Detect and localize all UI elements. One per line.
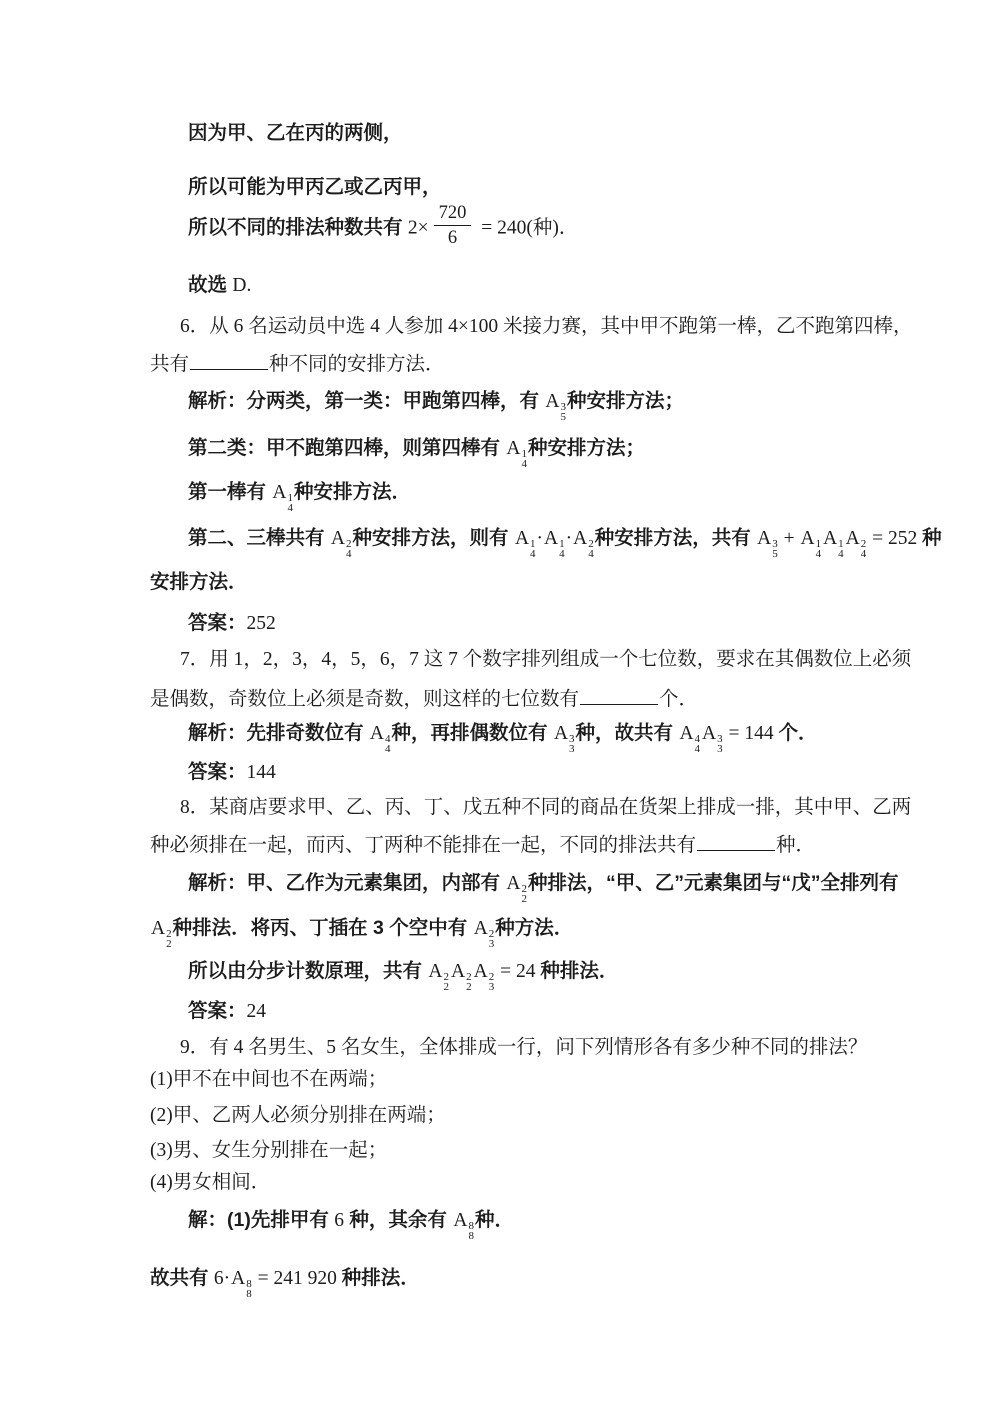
answer-blank [697, 830, 775, 851]
text-segment: 种安排方法，则有 [353, 527, 514, 549]
script-stack: 24 [588, 539, 594, 559]
permutation-letter: A [506, 438, 520, 459]
text-segment: 种不同的安排方法． [269, 354, 445, 375]
permutation-letter: A [545, 391, 559, 412]
script-stack: 14 [816, 539, 822, 559]
text-segment: (2)甲、乙两人必须分别排在两端； [150, 1105, 446, 1126]
problem-line: (1)甲不在中间也不在两端； [150, 1067, 387, 1093]
numerator: 720 [434, 203, 472, 226]
permutation-symbol: A88 [231, 1266, 252, 1299]
problem-line: 8．某商店要求甲、乙、丙、丁、戊五种不同的商品在货架上排成一排，其中甲、乙两 [180, 795, 911, 821]
script-stack: 33 [569, 734, 575, 754]
text-segment: 因为甲、乙在丙的两侧， [188, 122, 403, 144]
script-stack: 22 [166, 929, 172, 949]
math-segment: 144 [247, 762, 276, 783]
text-segment: 种安排方法． [294, 481, 411, 503]
subscript: 4 [838, 549, 844, 559]
math-segment: 6· [214, 1268, 230, 1289]
subscript: 4 [346, 549, 352, 559]
script-stack: 44 [385, 734, 391, 754]
text-segment: 6．从 6 名运动员中选 4 人参加 4×100 米接力赛，其中甲不跑第一棒，乙… [180, 316, 913, 337]
script-stack: 88 [246, 1279, 252, 1299]
permutation-letter: A [474, 961, 488, 982]
problem-line: 是偶数，奇数位上必须是奇数，则这样的七位数有个． [150, 684, 698, 713]
text-segment: 答案： [188, 612, 247, 634]
permutation-symbol: A44 [370, 721, 391, 754]
permutation-symbol: A22 [506, 871, 527, 904]
math-segment: = 240(种)． [476, 218, 578, 239]
problem-line: 9．有 4 名男生、5 名女生，全体排成一行，问下列情形各有多少种不同的排法？ [180, 1035, 867, 1061]
answer-line: 答案：24 [188, 998, 266, 1025]
text-segment: 种安排方法； [528, 437, 645, 459]
permutation-symbol: A33 [702, 721, 723, 754]
script-stack: 23 [489, 929, 495, 949]
permutation-letter: A [846, 528, 860, 549]
subscript: 2 [166, 939, 172, 949]
text-segment: 种，其余有 [344, 1209, 452, 1231]
solution-line: 解析：分两类，第一类：甲跑第四棒，有 A35种安排方法； [188, 388, 684, 422]
subscript: 5 [561, 412, 567, 422]
permutation-letter: A [544, 528, 558, 549]
script-stack: 14 [559, 539, 565, 559]
subscript: 4 [559, 549, 565, 559]
math-segment: = 252 [867, 528, 922, 549]
problem-line: (3)男、女生分别排在一起； [150, 1138, 387, 1164]
script-stack: 14 [838, 539, 844, 559]
text-segment: 解析：甲、乙作为元素集团，内部有 [188, 872, 505, 894]
math-segment: 252 [247, 613, 276, 634]
permutation-letter: A [800, 528, 814, 549]
math-segment: = 24 [495, 961, 540, 982]
permutation-symbol: A23 [474, 916, 495, 949]
solution-line: 第一棒有 A14种安排方法． [188, 479, 411, 513]
math-segment: = 144 [724, 723, 779, 744]
solution-line: 因为甲、乙在丙的两侧， [188, 120, 403, 146]
permutation-symbol: A35 [757, 526, 778, 559]
text-segment: (4)男女相间． [150, 1172, 270, 1193]
text-segment: 故共有 [150, 1267, 214, 1289]
script-stack: 22 [522, 884, 528, 904]
text-segment: 种． [475, 1209, 514, 1231]
script-stack: 33 [717, 734, 723, 754]
math-segment: 24 [247, 1001, 267, 1022]
text-segment: 解：(1)先排甲有 [188, 1209, 334, 1231]
solution-line: 所以可能为甲丙乙或乙丙甲， [188, 174, 442, 200]
subscript: 2 [444, 982, 450, 992]
math-segment: 6 [334, 1210, 344, 1231]
text-segment: 种． [776, 835, 815, 856]
script-stack: 24 [346, 539, 352, 559]
permutation-letter: A [506, 873, 520, 894]
text-segment: 答案： [188, 761, 247, 783]
solution-line: 所以不同的排法种数共有 2×7206 = 240(种)． [188, 206, 578, 251]
text-segment: (1)甲不在中间也不在两端； [150, 1069, 387, 1090]
text-segment: 种排法． [342, 1267, 420, 1289]
text-segment: 种排法，“甲、乙”元素集团与“戊”全排列有 [528, 872, 899, 894]
text-segment: 解析：先排奇数位有 [188, 722, 369, 744]
text-segment: 种安排方法，共有 [595, 527, 756, 549]
problem-line: 种必须排在一起，而丙、丁两种不能排在一起，不同的排法共有种． [150, 830, 815, 859]
permutation-letter: A [272, 482, 286, 503]
permutation-letter: A [823, 528, 837, 549]
permutation-letter: A [428, 961, 442, 982]
text-segment: 9．有 4 名男生、5 名女生，全体排成一行，问下列情形各有多少种不同的排法？ [180, 1037, 867, 1058]
solution-line: 第二、三棒共有 A24种安排方法，则有 A14·A14·A24种安排方法，共有 … [188, 525, 942, 559]
text-segment: 安排方法． [150, 571, 248, 593]
answer-blank [580, 684, 658, 705]
subscript: 4 [588, 549, 594, 559]
subscript: 4 [522, 459, 528, 469]
text-segment: 个． [779, 722, 818, 744]
answer-line: 答案：144 [188, 759, 276, 786]
script-stack: 24 [861, 539, 867, 559]
solution-line: A22种排法．将丙、丁插在 3 个空中有 A23种方法． [150, 915, 573, 949]
answer-line: 答案：252 [188, 610, 276, 637]
text-segment: 是偶数，奇数位上必须是奇数，则这样的七位数有 [150, 689, 579, 710]
text-segment: (3)男、女生分别排在一起； [150, 1140, 387, 1161]
text-segment: 种排法． [540, 960, 618, 982]
permutation-symbol: A14 [515, 526, 536, 559]
subscript: 4 [861, 549, 867, 559]
text-segment: 种方法． [495, 917, 573, 939]
text-segment: 个． [659, 689, 698, 710]
solution-line: 解析：甲、乙作为元素集团，内部有 A22种排法，“甲、乙”元素集团与“戊”全排列… [188, 870, 899, 904]
permutation-symbol: A14 [823, 526, 844, 559]
math-segment: + [779, 528, 800, 549]
text-segment: 种，故共有 [576, 722, 679, 744]
solution-line: 所以由分步计数原理，共有 A22A22A23 = 24 种排法． [188, 958, 618, 992]
text-segment: 所以由分步计数原理，共有 [188, 960, 427, 982]
permutation-letter: A [757, 528, 771, 549]
permutation-symbol: A24 [331, 526, 352, 559]
permutation-symbol: A88 [453, 1208, 474, 1241]
text-segment: 7．用 1，2，3，4，5，6，7 这 7 个数字排列组成一个七位数，要求在其偶… [180, 649, 911, 670]
script-stack: 88 [468, 1221, 474, 1241]
math-segment: D. [232, 275, 251, 296]
subscript: 3 [717, 744, 723, 754]
text-segment: 种排法．将丙、丁插在 3 个空中有 [173, 917, 473, 939]
subscript: 3 [489, 982, 495, 992]
permutation-letter: A [702, 723, 716, 744]
text-segment: 解析：分两类，第一类：甲跑第四棒，有 [188, 390, 544, 412]
script-stack: 44 [695, 734, 701, 754]
permutation-symbol: A24 [573, 526, 594, 559]
text-segment: 共有 [150, 354, 189, 375]
text-segment: 8．某商店要求甲、乙、丙、丁、戊五种不同的商品在货架上排成一排，其中甲、乙两 [180, 797, 911, 818]
subscript: 3 [569, 744, 575, 754]
permutation-symbol: A23 [474, 959, 495, 992]
permutation-letter: A [370, 723, 384, 744]
solution-line: 解：(1)先排甲有 6 种，其余有 A88种． [188, 1207, 514, 1241]
permutation-symbol: A22 [451, 959, 472, 992]
permutation-letter: A [554, 723, 568, 744]
math-segment: = 241 920 [253, 1268, 342, 1289]
permutation-letter: A [231, 1268, 245, 1289]
answer-blank [190, 349, 268, 370]
permutation-symbol: A35 [545, 389, 566, 422]
text-segment: 种安排方法； [567, 390, 684, 412]
script-stack: 23 [489, 972, 495, 992]
subscript: 5 [772, 549, 778, 559]
problem-line: (4)男女相间． [150, 1170, 270, 1196]
solution-line: 故共有 6·A88 = 241 920 种排法． [150, 1265, 420, 1299]
subscript: 2 [522, 894, 528, 904]
permutation-symbol: A24 [846, 526, 867, 559]
text-segment: 答案： [188, 1000, 247, 1022]
text-segment: 所以可能为甲丙乙或乙丙甲， [188, 176, 442, 198]
math-segment: · [566, 528, 573, 549]
problem-line: 共有种不同的安排方法． [150, 349, 445, 378]
subscript: 2 [466, 982, 472, 992]
subscript: 4 [695, 744, 701, 754]
text-segment: 第二、三棒共有 [188, 527, 330, 549]
permutation-letter: A [151, 918, 165, 939]
permutation-symbol: A14 [800, 526, 821, 559]
text-segment: 所以不同的排法种数共有 [188, 217, 408, 239]
permutation-letter: A [573, 528, 587, 549]
solution-line: 安排方法． [150, 569, 248, 595]
math-segment: 2× [408, 218, 429, 239]
permutation-symbol: A14 [506, 436, 527, 469]
permutation-symbol: A22 [151, 916, 172, 949]
problem-line: (2)甲、乙两人必须分别排在两端； [150, 1103, 446, 1129]
text-segment: 故选 [188, 274, 232, 296]
permutation-letter: A [474, 918, 488, 939]
math-segment: · [537, 528, 544, 549]
text-segment: 种必须排在一起，而丙、丁两种不能排在一起，不同的排法共有 [150, 835, 696, 856]
solution-line: 第二类：甲不跑第四棒，则第四棒有 A14种安排方法； [188, 435, 645, 469]
text-segment: 第一棒有 [188, 481, 271, 503]
solution-line: 解析：先排奇数位有 A44种，再排偶数位有 A33种，故共有 A44A33 = … [188, 720, 818, 754]
denominator: 6 [434, 226, 472, 248]
solution-line: 故选 D. [188, 272, 251, 299]
fraction: 7206 [434, 203, 472, 248]
permutation-symbol: A33 [554, 721, 575, 754]
permutation-symbol: A22 [428, 959, 449, 992]
permutation-symbol: A44 [679, 721, 700, 754]
permutation-symbol: A14 [272, 480, 293, 513]
script-stack: 22 [466, 972, 472, 992]
script-stack: 14 [530, 539, 536, 559]
script-stack: 22 [444, 972, 450, 992]
permutation-symbol: A14 [544, 526, 565, 559]
problem-line: 6．从 6 名运动员中选 4 人参加 4×100 米接力赛，其中甲不跑第一棒，乙… [180, 314, 913, 340]
permutation-letter: A [453, 1210, 467, 1231]
text-segment: 种 [922, 527, 942, 549]
permutation-letter: A [679, 723, 693, 744]
script-stack: 35 [772, 539, 778, 559]
script-stack: 14 [522, 449, 528, 469]
permutation-letter: A [515, 528, 529, 549]
subscript: 4 [816, 549, 822, 559]
subscript: 8 [246, 1289, 252, 1299]
script-stack: 35 [561, 402, 567, 422]
subscript: 4 [530, 549, 536, 559]
permutation-letter: A [331, 528, 345, 549]
text-segment: 第二类：甲不跑第四棒，则第四棒有 [188, 437, 505, 459]
subscript: 8 [468, 1231, 474, 1241]
text-segment: 种，再排偶数位有 [392, 722, 553, 744]
document-page: 因为甲、乙在丙的两侧，所以可能为甲丙乙或乙丙甲，所以不同的排法种数共有 2×72… [0, 0, 1000, 1414]
subscript: 4 [288, 503, 294, 513]
permutation-letter: A [451, 961, 465, 982]
problem-line: 7．用 1，2，3，4，5，6，7 这 7 个数字排列组成一个七位数，要求在其偶… [180, 647, 911, 673]
subscript: 3 [489, 939, 495, 949]
script-stack: 14 [288, 493, 294, 513]
subscript: 4 [385, 744, 391, 754]
